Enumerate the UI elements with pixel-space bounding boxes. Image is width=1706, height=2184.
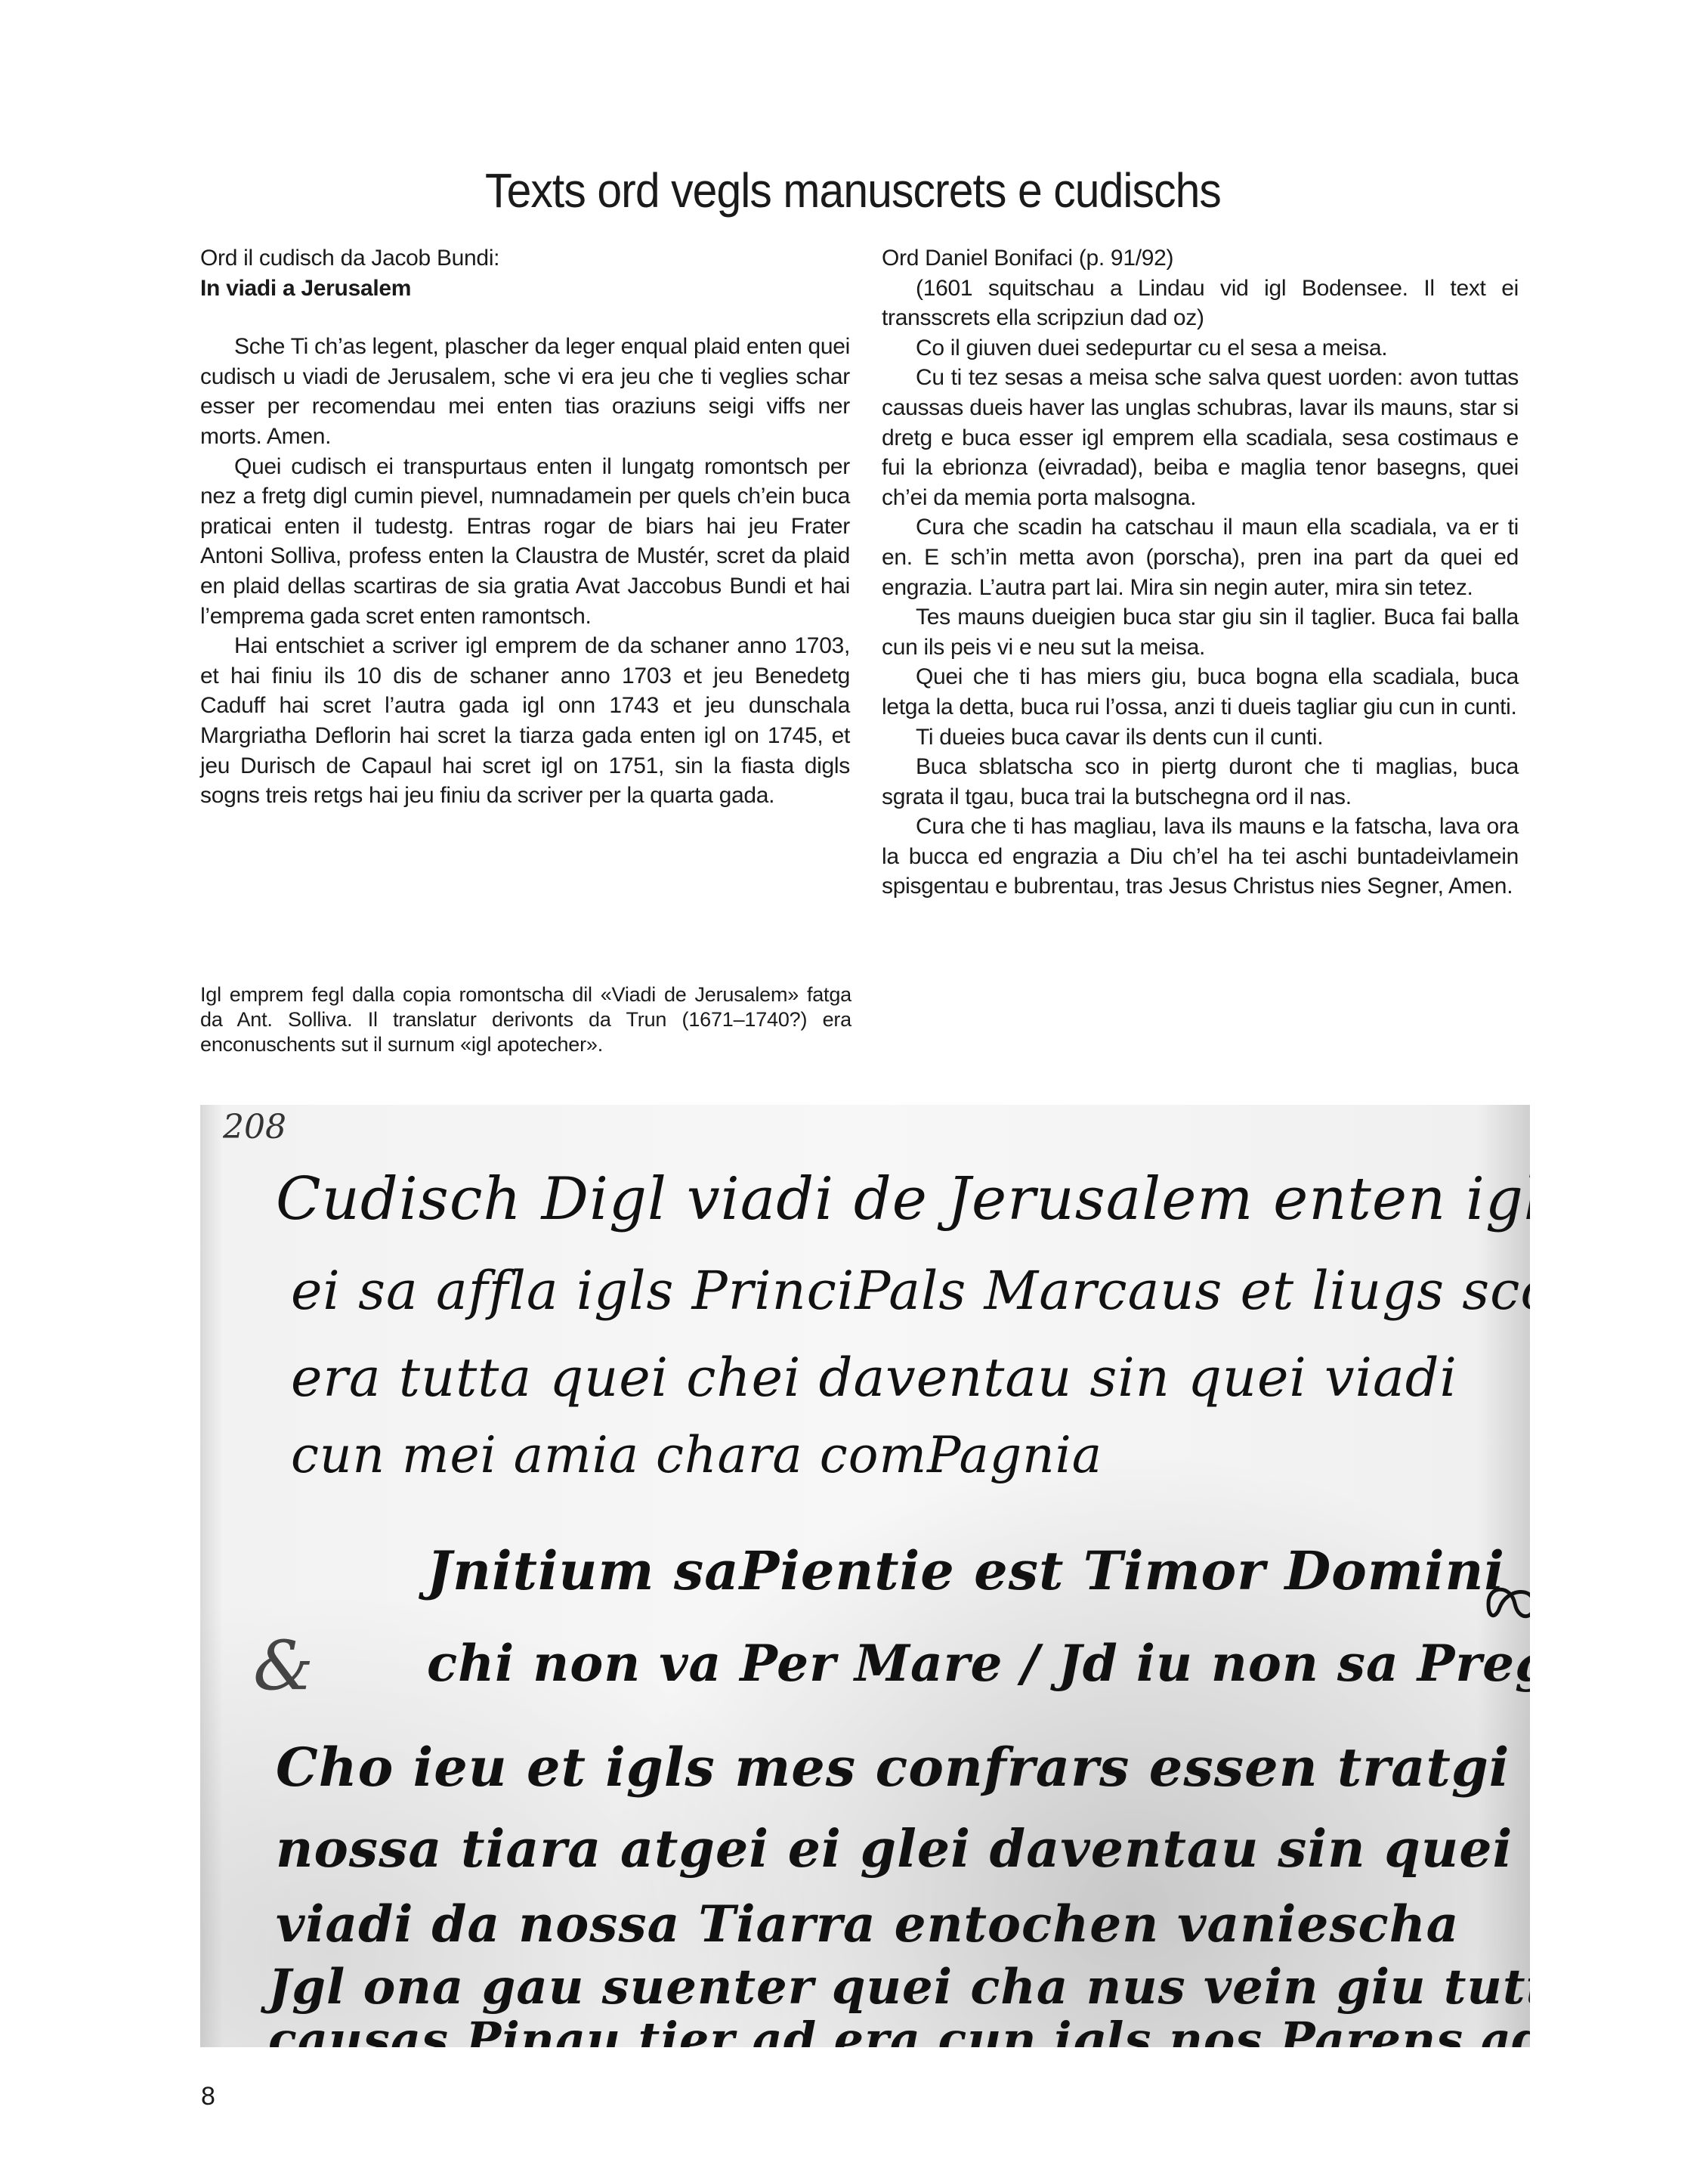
paragraph: Sche Ti ch’as legent, plascher da leger … (200, 332, 850, 451)
manuscript-margin-mark: & (253, 1626, 314, 1706)
paragraph: Hai entschiet a scriver igl emprem de da… (200, 631, 850, 811)
manuscript-line: Jnitium saPientie est Timor Domini (427, 1539, 1505, 1602)
figure-caption: Igl emprem fegl dalla copia romontscha d… (200, 982, 851, 1057)
manuscript-line: viadi da nossa Tiarra entochen vaniescha (276, 1895, 1459, 1954)
page-title: Texts ord vegls manuscrets e cudischs (68, 160, 1637, 221)
knot-flourish-icon (1485, 1581, 1530, 1626)
paragraph: Cura che scadin ha catschau il maun ella… (882, 512, 1519, 602)
page-number: 8 (201, 2082, 215, 2111)
section-heading: In viadi a Jerusalem (200, 274, 850, 304)
paragraph: Quei che ti has miers giu, buca bogna el… (882, 662, 1519, 722)
manuscript-line: Cudisch Digl viadi de Jerusalem enten ig… (276, 1165, 1530, 1233)
paragraph: Co il giuven duei sedepurtar cu el sesa … (882, 333, 1519, 363)
paragraph: Buca sblatscha sco in piertg duront che … (882, 752, 1519, 812)
manuscript-line: ei sa affla igls PrinciPals Marcaus et l… (291, 1260, 1530, 1322)
manuscript-line: causas Pinau tier ad era cun igls nos Pa… (268, 2012, 1530, 2047)
manuscript-image: 208 Cudisch Digl viadi de Jerusalem ente… (200, 1105, 1530, 2047)
paragraph: Quei cudisch ei transpurtaus enten il lu… (200, 452, 850, 632)
left-column: Ord il cudisch da Jacob Bundi: In viadi … (200, 243, 850, 811)
source-line: Ord il cudisch da Jacob Bundi: (200, 243, 850, 274)
paragraph: Tes mauns dueigien buca star giu sin il … (882, 602, 1519, 662)
paragraph: Ti dueies buca cavar ils dents cun il cu… (882, 722, 1519, 753)
manuscript-folio-number: 208 (223, 1108, 286, 1146)
source-line: Ord Daniel Bonifaci (p. 91/92) (882, 243, 1519, 274)
manuscript-line: era tutta quei chei daventau sin quei vi… (291, 1347, 1457, 1409)
manuscript-line: cun mei amia chara comPagnia (291, 1426, 1102, 1484)
spacer (200, 303, 850, 332)
paragraph: (1601 squitschau a Lindau vid igl Bodens… (882, 274, 1519, 333)
manuscript-line: Cho ieu et igls mes confrars essen tratg… (276, 1736, 1530, 1799)
manuscript-line: Jgl ona gau suenter quei cha nus vein gi… (268, 1959, 1530, 2015)
paragraph: Cura che ti has magliau, lava ils mauns … (882, 812, 1519, 902)
paragraph: Cu ti tez sesas a meisa sche salva quest… (882, 363, 1519, 512)
manuscript-line: nossa tiara atgei ei glei daventau sin q… (276, 1819, 1530, 1879)
right-column: Ord Daniel Bonifaci (p. 91/92) (1601 squ… (882, 243, 1519, 902)
manuscript-line: chi non va Per Mare / Jd iu non sa Prega… (427, 1634, 1530, 1693)
